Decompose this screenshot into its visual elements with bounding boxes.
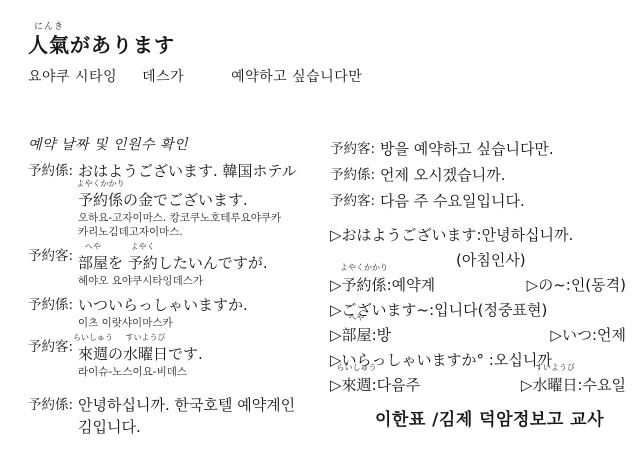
vocab-row: ▷おはようございます:안녕하십니까. <box>330 223 630 248</box>
dialogue-text: 다음 주 수요일입니다. <box>380 188 630 214</box>
text-segment: ▷ <box>521 376 533 394</box>
ruby-base: 予約 <box>128 254 158 272</box>
furigana: よやくかかり <box>340 264 388 272</box>
text-segment: ▷ <box>330 276 342 294</box>
ruby-annotated-word: へや部屋 <box>78 252 108 274</box>
vocab-row: ▷ございます~:입니다(정중표현) <box>330 298 630 323</box>
ruby-base: 部屋 <box>342 326 372 344</box>
speaker-label: 予約係: <box>330 162 380 188</box>
vocab-item: (아침인사) <box>456 248 526 273</box>
furigana: らいしゅう <box>73 334 113 342</box>
subtitle-part-2: 데스가 <box>142 69 184 85</box>
dialogue-content: いついらっしゃいますか.이츠 이랏샤이마스카 <box>78 294 330 330</box>
ruby-base: 來週 <box>342 376 372 394</box>
ruby-annotated-word: よやく予約 <box>128 252 158 274</box>
text-segment: おはようございます. 韓国ホテル <box>78 162 297 180</box>
credit-line: 이한표 /김제 덕암정보고 교사 <box>375 405 630 430</box>
text-segment: ▷おはようございます:안녕하십니까. <box>330 226 573 244</box>
left-column: 예약 날짜 및 인원수 확인 予約係:おはようございます. 韓国ホテルよやくかか… <box>28 137 330 444</box>
ruby-annotated-word: すいようび水曜日 <box>123 343 168 365</box>
dialogue-content: おはようございます. 韓国ホテルよやくかかり予約係の金でございます.오하요-고자… <box>78 160 330 239</box>
ruby-base: 予約係 <box>78 191 123 209</box>
text-segment: の金でございます. <box>123 191 248 209</box>
dialogue-block: 予約係:안녕하십니까. 한국호텔 예약계인김입니다. <box>28 394 330 438</box>
subtitle-part-1: 요야쿠 시타잉 <box>28 69 117 85</box>
pronunciation-line: 이츠 이랏샤이마스카 <box>78 317 330 330</box>
page-header: にんき 人氣 があります 요야쿠 시타잉 데스가 예약하고 싶습니다만 <box>28 20 362 86</box>
vocab-item: ▷よやくかかり予約係:예약계 <box>330 273 435 298</box>
ruby-annotated-word: へや部屋 <box>342 323 372 348</box>
speaker-label: 予約客: <box>28 245 78 288</box>
text-segment: の <box>108 345 123 363</box>
text-segment: です. <box>168 345 203 363</box>
title-rest: があります <box>70 33 175 57</box>
text-segment: ▷ <box>330 376 342 394</box>
furigana: よやくかかり <box>77 180 125 188</box>
dialogue-row: らいしゅう來週のすいようび水曜日です. <box>78 343 330 365</box>
dialogue-row: いついらっしゃいますか. <box>78 294 330 316</box>
pronunciation-line: 헤야오 요야쿠시타잉데스가 <box>78 275 330 288</box>
dialogue-content: 안녕하십니까. 한국호텔 예약계인김입니다. <box>78 394 330 438</box>
vocab-row: ▷らいしゅう來週:다음주▷すいようび水曜日:수요일 <box>330 373 630 398</box>
text-segment: ▷ <box>330 326 342 344</box>
furigana: よやく <box>131 243 155 251</box>
dialogue-row: へや部屋を よやく予約したいんですが. <box>78 252 330 274</box>
section-heading: 예약 날짜 및 인원수 확인 <box>28 137 330 154</box>
text-segment: :예약계 <box>387 276 436 294</box>
ruby-base: 水曜日 <box>123 345 168 363</box>
speaker-label: 予約係: <box>28 294 78 330</box>
dialogue-row: よやくかかり予約係の金でございます. <box>78 189 330 211</box>
dialogue-block: 予約係:いついらっしゃいますか.이츠 이랏샤이마스카 <box>28 294 330 330</box>
ruby-base: 部屋 <box>78 254 108 272</box>
vocab-row: ▷へや部屋:방▷いつ:언제 <box>330 323 630 348</box>
vocab-item: ▷おはようございます:안녕하십니까. <box>330 223 573 248</box>
ruby-annotated-word: らいしゅう來週 <box>342 373 372 398</box>
text-segment: を <box>108 254 128 272</box>
dialogue-content: らいしゅう來週のすいようび水曜日です.라이슈-노스이요-비데스 <box>78 336 330 379</box>
dialogue-content: へや部屋を よやく予約したいんですが.헤야오 요야쿠시타잉데스가 <box>78 245 330 288</box>
dialogue-block: 予約客:らいしゅう來週のすいようび水曜日です.라이슈-노스이요-비데스 <box>28 336 330 379</box>
text-segment: 김입니다. <box>78 418 141 436</box>
vocab-item: ▷の~:인(동격) <box>527 273 630 298</box>
text-segment: したいんですが. <box>158 254 268 272</box>
text-segment: いついらっしゃいますか. <box>78 296 248 314</box>
ruby-annotated-word: よやくかかり予約係 <box>78 189 123 211</box>
title-base: 人氣 <box>28 33 70 57</box>
subtitle: 요야쿠 시타잉 데스가 예약하고 싶습니다만 <box>28 66 362 86</box>
speaker-label: 予約係: <box>28 394 78 438</box>
furigana: にんき <box>34 23 64 31</box>
page-title: にんき 人氣 があります <box>28 20 362 57</box>
furigana: らいしゅう <box>337 364 377 372</box>
furigana: すいようび <box>535 364 575 372</box>
speaker-label: 予約客: <box>28 336 78 379</box>
pronunciation-line: 오하요-고자이마스. 캉코쿠노호테루요야쿠카 <box>78 212 330 225</box>
speaker-label: 予約係: <box>28 160 78 239</box>
text-segment: 안녕하십니까. 한국호텔 예약계인 <box>78 396 295 414</box>
vocab-item: ▷すいようび水曜日:수요일 <box>521 373 630 398</box>
text-segment: (아침인사) <box>456 251 526 269</box>
speaker-label: 予約客: <box>330 188 380 214</box>
dialogue-line: 予約係:언제 오시겠습니까. <box>330 162 630 188</box>
subtitle-part-3: 예약하고 싶습니다만 <box>231 69 362 85</box>
text-segment: :수요일 <box>577 376 626 394</box>
ruby-annotated-word: よやくかかり予約係 <box>342 273 387 298</box>
dialogue-korean: 予約客:방을 예약하고 싶습니다만.予約係:언제 오시겠습니까.予約客:다음 주… <box>330 136 630 214</box>
speaker-label: 予約客: <box>330 136 380 162</box>
vocab-item: ▷いつ:언제 <box>550 323 630 348</box>
text-segment: :방 <box>372 326 392 344</box>
text-segment: ▷いつ:언제 <box>550 326 626 344</box>
ruby-base: 水曜日 <box>532 376 577 394</box>
dialogue-line: 予約客:다음 주 수요일입니다. <box>330 188 630 214</box>
ruby-annotated-word: らいしゅう來週 <box>78 343 108 365</box>
dialogue-row: 안녕하십니까. 한국호텔 예약계인 <box>78 394 330 416</box>
dialogue-line: 予約客:방을 예약하고 싶습니다만. <box>330 136 630 162</box>
furigana: へや <box>85 243 101 251</box>
document-page: にんき 人氣 があります 요야쿠 시타잉 데스가 예약하고 싶습니다만 예약 날… <box>0 0 640 453</box>
pronunciation-line: 카리노김데고자이마스. <box>78 226 330 239</box>
vocab-row: ▷よやくかかり予約係:예약계▷の~:인(동격) <box>330 273 630 298</box>
dialogue-row: 김입니다. <box>78 416 330 438</box>
vocabulary-list: ▷おはようございます:안녕하십니까.(아침인사)▷よやくかかり予約係:예약계▷の… <box>330 223 630 398</box>
text-segment: ▷の~:인(동격) <box>527 276 626 294</box>
dialogue-block: 予約客:へや部屋を よやく予約したいんですが.헤야오 요야쿠시타잉데스가 <box>28 245 330 288</box>
ruby-base: 來週 <box>78 345 108 363</box>
pronunciation-line: 라이슈-노스이요-비데스 <box>78 366 330 379</box>
vocab-item: ▷らいしゅう來週:다음주 <box>330 373 420 398</box>
dialogue-text: 방을 예약하고 싶습니다만. <box>380 136 630 162</box>
furigana: すいようび <box>126 334 166 342</box>
text-segment: :다음주 <box>372 376 421 394</box>
vocab-item: ▷へや部屋:방 <box>330 323 391 348</box>
ruby-annotated-word: すいようび水曜日 <box>532 373 577 398</box>
right-column: 予約客:방을 예약하고 싶습니다만.予約係:언제 오시겠습니까.予約客:다음 주… <box>330 136 630 430</box>
dialogue-japanese: 予約係:おはようございます. 韓国ホテルよやくかかり予約係の金でございます.오하… <box>28 160 330 438</box>
furigana: へや <box>349 314 365 322</box>
dialogue-text: 언제 오시겠습니까. <box>380 162 630 188</box>
ruby-base: 予約係 <box>342 276 387 294</box>
title-ruby-word: にんき 人氣 <box>28 33 70 57</box>
dialogue-block: 予約係:おはようございます. 韓国ホテルよやくかかり予約係の金でございます.오하… <box>28 160 330 239</box>
